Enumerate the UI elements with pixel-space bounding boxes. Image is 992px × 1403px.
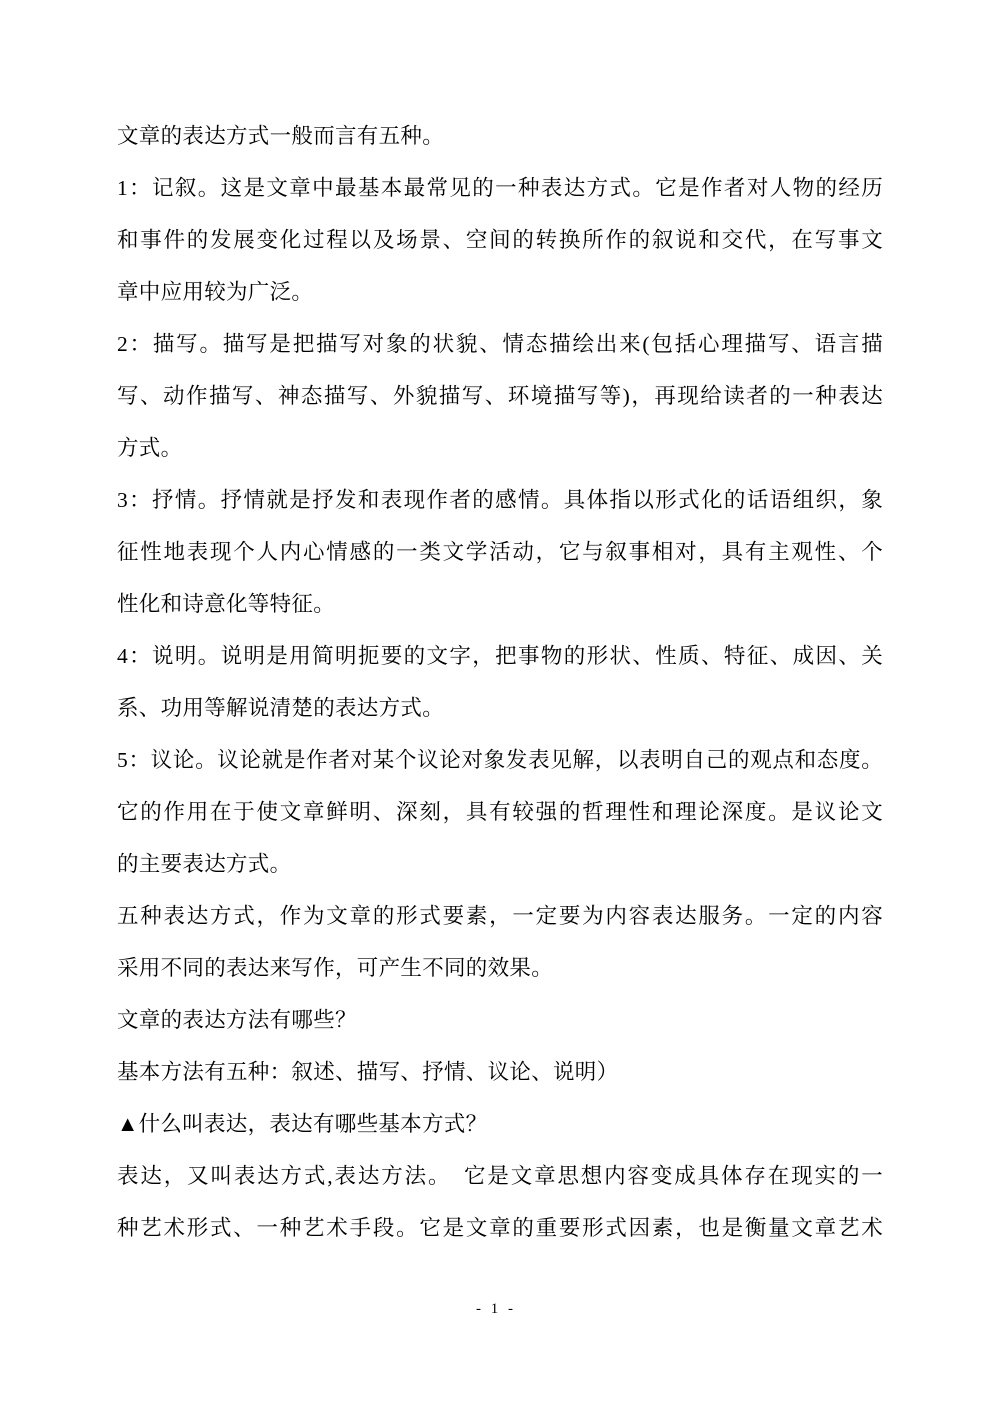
text-line: 3：抒情。抒情就是抒发和表现作者的感情。具体指以形式化的话语组织，象 [117, 474, 883, 526]
page-number: - 1 - [0, 1294, 992, 1324]
text-line: 1：记叙。这是文章中最基本最常见的一种表达方式。它是作者对人物的经历 [117, 162, 883, 214]
text-line: 方式。 [117, 422, 883, 474]
text-line: 章中应用较为广泛。 [117, 266, 883, 318]
text-line: 的主要表达方式。 [117, 838, 883, 890]
text-line: 2：描写。描写是把描写对象的状貌、情态描绘出来(包括心理描写、语言描 [117, 318, 883, 370]
text-line: 征性地表现个人内心情感的一类文学活动，它与叙事相对，具有主观性、个 [117, 526, 883, 578]
text-line: 文章的表达方式一般而言有五种。 [117, 110, 883, 162]
text-line: 性化和诗意化等特征。 [117, 578, 883, 630]
text-line: ▲什么叫表达，表达有哪些基本方式？ [117, 1098, 883, 1150]
text-line: 采用不同的表达来写作，可产生不同的效果。 [117, 942, 883, 994]
text-line: 文章的表达方法有哪些？ [117, 994, 883, 1046]
text-line: 5：议论。议论就是作者对某个议论对象发表见解，以表明自己的观点和态度。 [117, 734, 883, 786]
text-line: 4：说明。说明是用简明扼要的文字，把事物的形状、性质、特征、成因、关 [117, 630, 883, 682]
document-page: { "page": { "background_color": "#ffffff… [0, 0, 992, 1403]
text-line: 系、功用等解说清楚的表达方式。 [117, 682, 883, 734]
text-line: 表达，又叫表达方式,表达方法。 它是文章思想内容变成具体存在现实的一 [117, 1150, 883, 1202]
document-body: 文章的表达方式一般而言有五种。 1：记叙。这是文章中最基本最常见的一种表达方式。… [117, 110, 883, 1254]
text-line: 它的作用在于使文章鲜明、深刻，具有较强的哲理性和理论深度。是议论文 [117, 786, 883, 838]
text-line: 基本方法有五种：叙述、描写、抒情、议论、说明） [117, 1046, 883, 1098]
text-line: 种艺术形式、一种艺术手段。它是文章的重要形式因素，也是衡量文章艺术 [117, 1202, 883, 1254]
text-line: 写、动作描写、神态描写、外貌描写、环境描写等)，再现给读者的一种表达 [117, 370, 883, 422]
text-line: 五种表达方式，作为文章的形式要素，一定要为内容表达服务。一定的内容 [117, 890, 883, 942]
text-line: 和事件的发展变化过程以及场景、空间的转换所作的叙说和交代，在写事文 [117, 214, 883, 266]
